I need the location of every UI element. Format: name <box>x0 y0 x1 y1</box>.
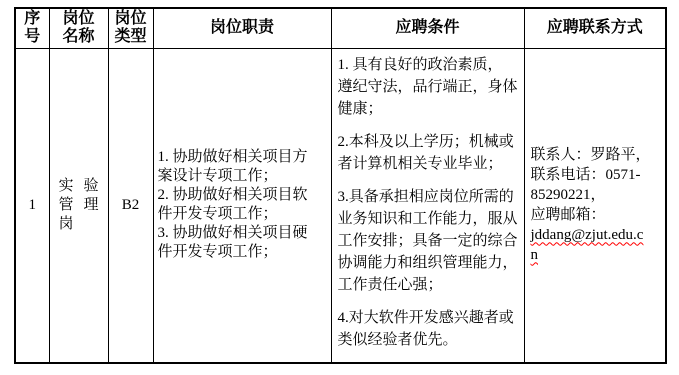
column-header-contact: 应聘联系方式 <box>524 8 666 48</box>
text-line: 2. 协助做好相关项目软 <box>158 186 327 205</box>
document-page: 序号岗位名称岗位类型岗位职责应聘条件应聘联系方式 1 实验管理岗 B2 1. 协… <box>0 0 679 375</box>
text-line: 协调能力和组织管理能力， <box>338 252 518 274</box>
paragraph: 2.本科及以上学历；机械或者计算机相关专业毕业； <box>338 131 518 175</box>
text-line: 遵纪守法，品行端正，身体 <box>338 76 518 98</box>
cell-conditions: 1. 具有良好的政治素质，遵纪守法，品行端正，身体健康；2.本科及以上学历；机械… <box>331 48 524 363</box>
paragraph: 1. 具有良好的政治素质，遵纪守法，品行端正，身体健康； <box>338 54 518 120</box>
paragraph: 3.具备承担相应岗位所需的业务知识和工作能力，服从工作安排；具备一定的综合协调能… <box>338 186 518 296</box>
text-line: 类似经验者优先。 <box>338 329 518 351</box>
column-header-position-type: 岗位类型 <box>108 8 153 48</box>
text-line: 名称 <box>50 28 108 46</box>
paragraph: 4.对大软件开发感兴趣者或类似经验者优先。 <box>338 307 518 351</box>
table-row: 1 实验管理岗 B2 1. 协助做好相关项目方案设计专项工作；2. 协助做好相关… <box>15 48 666 363</box>
contact-info: 联系人：罗路平，联系电话：0571-85290221，应聘邮箱： jddang@… <box>531 145 660 265</box>
paragraph: 1. 协助做好相关项目方案设计专项工作； <box>158 148 327 186</box>
text-line: 岗 <box>59 215 99 234</box>
text-line: 岗位 <box>109 10 153 28</box>
contact-lines: 联系人：罗路平，联系电话：0571-85290221，应聘邮箱： <box>531 145 660 225</box>
column-header-conditions: 应聘条件 <box>331 8 524 48</box>
paragraph: 2. 协助做好相关项目软件开发专项工作； <box>158 186 327 224</box>
text-line: 健康； <box>338 98 518 120</box>
text-line: 1. 具有良好的政治素质， <box>338 54 518 76</box>
conditions-list: 1. 具有良好的政治素质，遵纪守法，品行端正，身体健康；2.本科及以上学历；机械… <box>338 54 518 351</box>
text-line: 管理 <box>59 196 99 215</box>
recruitment-table: 序号岗位名称岗位类型岗位职责应聘条件应聘联系方式 1 实验管理岗 B2 1. 协… <box>14 7 667 364</box>
text-line: 应聘联系方式 <box>525 19 666 37</box>
text-line: 工作责任心强； <box>338 274 518 296</box>
column-header-serial: 序号 <box>15 8 49 48</box>
position-type: B2 <box>122 197 140 213</box>
text-line: 者计算机相关专业毕业； <box>338 153 518 175</box>
header-row: 序号岗位名称岗位类型岗位职责应聘条件应聘联系方式 <box>15 8 666 48</box>
text-line: 联系人：罗路平， <box>531 145 660 165</box>
text-line: 85290221， <box>531 185 660 205</box>
text-line: 岗位职责 <box>154 19 331 37</box>
column-header-duties: 岗位职责 <box>153 8 331 48</box>
cell-contact: 联系人：罗路平，联系电话：0571-85290221，应聘邮箱： jddang@… <box>524 48 666 363</box>
text-line: 2.本科及以上学历；机械或 <box>338 131 518 153</box>
text-line: 岗位 <box>50 10 108 28</box>
text-line: 应聘邮箱： <box>531 205 660 225</box>
text-line: 案设计专项工作； <box>158 167 327 186</box>
paragraph: 3. 协助做好相关项目硬件开发专项工作； <box>158 224 327 262</box>
text-line: 联系电话：0571- <box>531 165 660 185</box>
text-line: 件开发专项工作； <box>158 205 327 224</box>
text-line: 3.具备承担相应岗位所需的 <box>338 186 518 208</box>
cell-duties: 1. 协助做好相关项目方案设计专项工作；2. 协助做好相关项目软件开发专项工作；… <box>153 48 331 363</box>
text-line: 应聘条件 <box>332 19 524 37</box>
position-name: 实验管理岗 <box>59 177 99 234</box>
column-header-position-name: 岗位名称 <box>49 8 108 48</box>
text-line: 件开发专项工作； <box>158 243 327 262</box>
text-line: 3. 协助做好相关项目硬 <box>158 224 327 243</box>
duties-list: 1. 协助做好相关项目方案设计专项工作；2. 协助做好相关项目软件开发专项工作；… <box>158 148 327 262</box>
cell-serial-number: 1 <box>15 48 49 363</box>
text-line: 业务知识和工作能力，服从 <box>338 208 518 230</box>
serial-number: 1 <box>29 197 37 213</box>
text-line: 号 <box>16 28 49 46</box>
text-line: 类型 <box>109 28 153 46</box>
text-line: 4.对大软件开发感兴趣者或 <box>338 307 518 329</box>
text-line: 实验 <box>59 177 99 196</box>
text-line: 工作安排；具备一定的综合 <box>338 230 518 252</box>
text-line: 1. 协助做好相关项目方 <box>158 148 327 167</box>
text-line: 序 <box>16 10 49 28</box>
email-address: jddang@zjut.edu.cn <box>531 225 647 265</box>
cell-position-type: B2 <box>108 48 153 363</box>
cell-position-name: 实验管理岗 <box>49 48 108 363</box>
